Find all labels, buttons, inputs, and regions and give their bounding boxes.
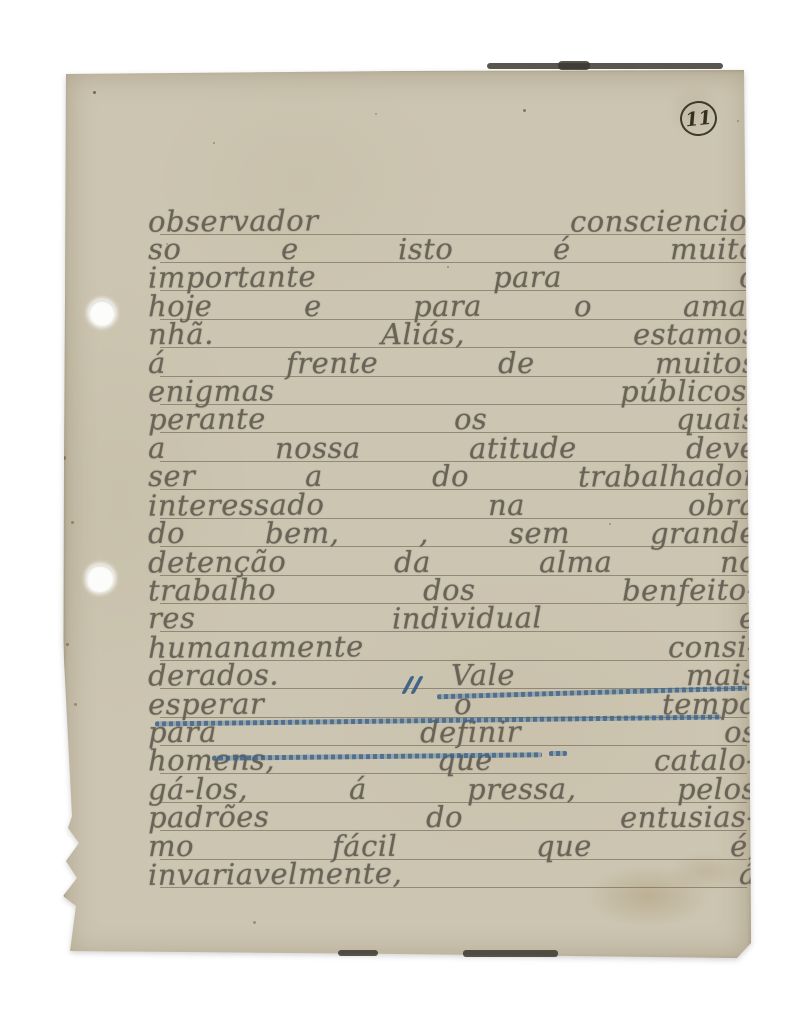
paper-speck	[213, 142, 215, 144]
paper-sheet: observadorconsciencio-soeistoémuitoimpor…	[0, 0, 809, 1024]
word: do	[426, 802, 463, 833]
blue-underline	[549, 751, 567, 756]
paper-shadow: observadorconsciencio-soeistoémuitoimpor…	[0, 0, 809, 1024]
word: do	[431, 461, 468, 492]
blue-insertion-mark-icon	[402, 676, 426, 696]
paper-speck	[62, 456, 66, 460]
word: para	[493, 262, 562, 293]
page-number: 11	[684, 106, 713, 131]
word: á	[349, 774, 367, 805]
paper-speck	[737, 120, 739, 122]
paper-speck	[93, 91, 96, 94]
paper-speck	[345, 878, 347, 880]
paper-speck	[166, 243, 168, 245]
paper-speck	[253, 921, 256, 924]
word: alma	[539, 546, 613, 578]
torn-edge-shadow	[487, 63, 723, 69]
paper-speck	[700, 250, 702, 252]
paper-speck	[523, 109, 526, 112]
paper-speck	[447, 266, 449, 268]
word: isto	[398, 234, 453, 265]
paper-speck	[71, 521, 74, 524]
handwritten-line: invariavelmente,á	[148, 859, 757, 890]
word: o	[573, 291, 591, 322]
torn-edge-shadow	[558, 61, 590, 70]
word: Aliás,	[381, 319, 465, 351]
paper-speck	[74, 703, 77, 706]
paper-speck	[609, 523, 611, 525]
word: pressa,	[467, 774, 577, 806]
word: que	[535, 831, 591, 862]
hole-punch	[89, 300, 115, 326]
word: individual	[392, 603, 542, 635]
word: e	[304, 291, 322, 322]
torn-edge-shadow	[463, 950, 558, 957]
paper-speck	[375, 113, 377, 115]
word: benfeito-	[622, 574, 757, 606]
word: invariavelmente,	[148, 858, 402, 891]
word: atitude	[469, 432, 577, 464]
paper-speck	[66, 643, 69, 646]
torn-edge-shadow	[338, 950, 378, 956]
word: de	[498, 347, 535, 378]
paper-speck	[716, 307, 718, 309]
handwritten-line: padrõesdoentusias-	[148, 802, 757, 833]
word: á	[739, 859, 757, 890]
word: frente	[286, 347, 378, 379]
scanned-manuscript-page: observadorconsciencio-soeistoémuitoimpor…	[0, 0, 809, 1024]
handwritten-line: peranteosquais	[148, 404, 757, 435]
